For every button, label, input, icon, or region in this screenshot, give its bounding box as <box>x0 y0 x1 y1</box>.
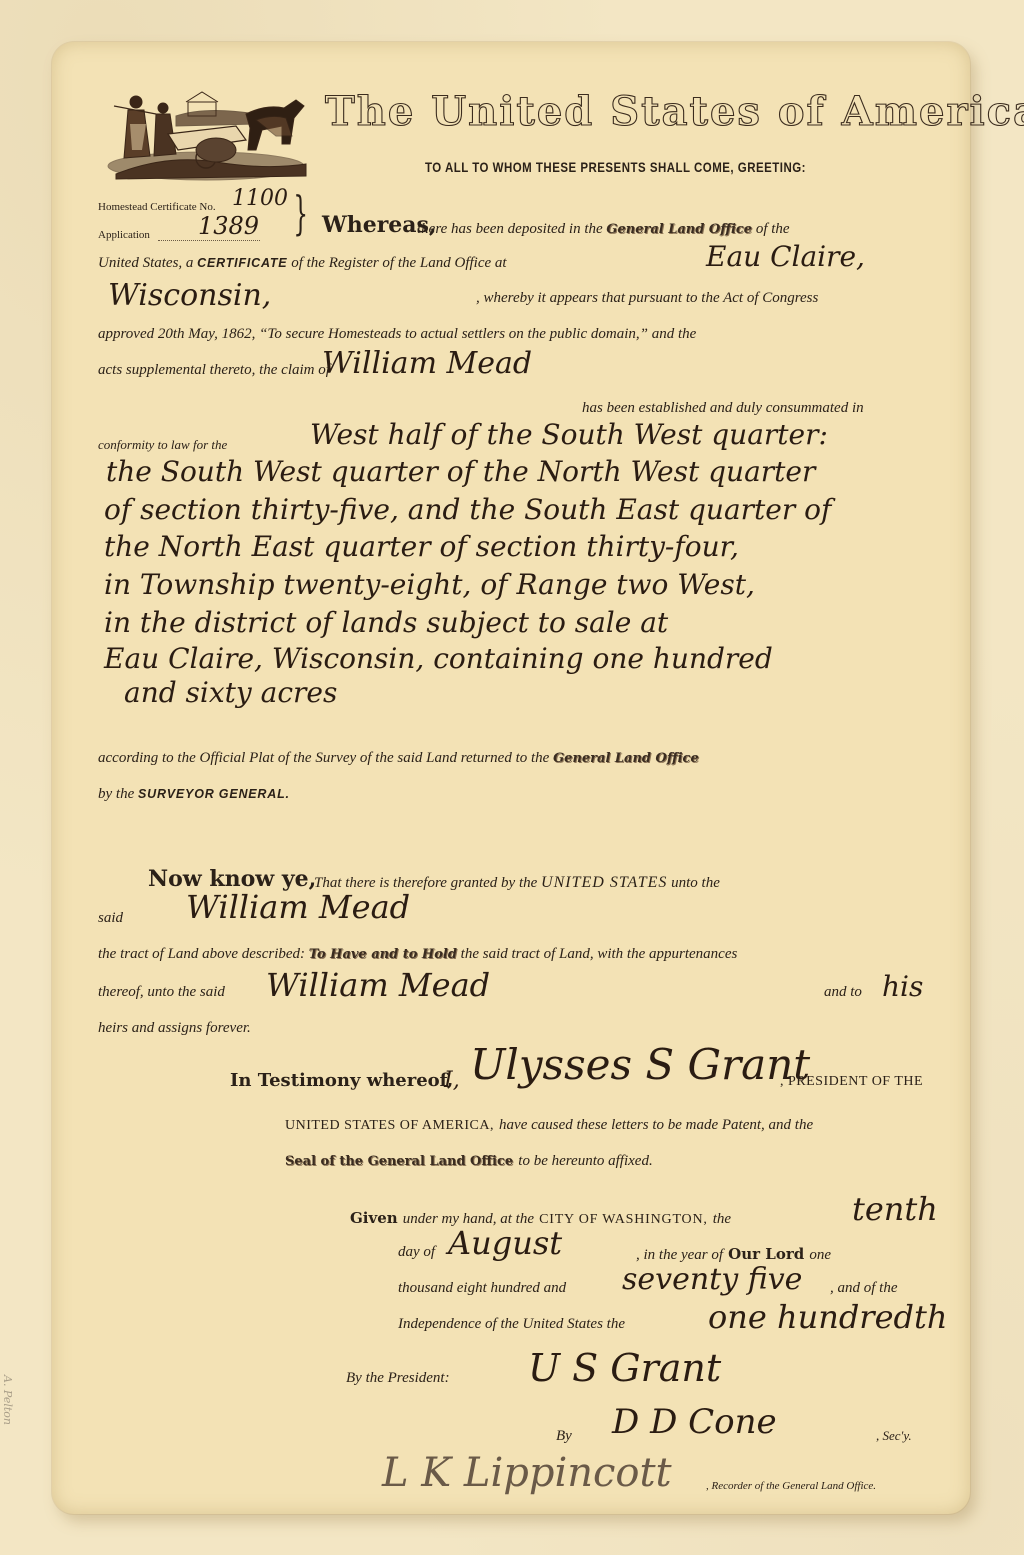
pronoun: his <box>882 970 923 1003</box>
secretary-signature: D D Cone <box>612 1402 777 1442</box>
body-text: , in the year of <box>636 1247 723 1263</box>
secretary-title: , Sec'y. <box>876 1428 912 1444</box>
body-text: of the <box>756 221 790 237</box>
day-value: tenth <box>852 1190 938 1228</box>
given-line-2b: , in the year of Our Lord one <box>636 1244 831 1264</box>
in-testimony-heading: In Testimony whereof, <box>230 1070 453 1091</box>
body-line-2: United States, a CERTIFICATE of the Regi… <box>98 255 507 272</box>
land-description-line-1: West half of the South West quarter: <box>310 418 828 451</box>
to-have-and-to-hold-label: To Have and to Hold <box>309 947 457 962</box>
testimony-line-3: Seal of the General Land Office to be he… <box>285 1150 653 1170</box>
general-land-office-label: General Land Office <box>606 222 752 237</box>
recorder-signature: L K Lippincott <box>382 1450 672 1496</box>
body-line-1: there has been deposited in the General … <box>417 221 790 238</box>
application-dotted-line <box>158 240 260 241</box>
body-text: of the Register of the Land Office at <box>291 255 506 271</box>
body-line-8: according to the Official Plat of the Su… <box>98 750 699 767</box>
body-line-5: acts supplemental thereto, the claim of <box>98 362 330 379</box>
surveyor-general-label: SURVEYOR GENERAL. <box>138 787 290 801</box>
testimony-line-1: , PRESIDENT OF THE <box>780 1074 923 1090</box>
seal-label: Seal of the General Land Office <box>285 1154 513 1169</box>
given-line-3b: , and of the <box>830 1280 898 1297</box>
land-description-line-4: the North East quarter of section thirty… <box>104 530 739 563</box>
united-states-label: UNITED STATES <box>541 874 667 891</box>
testimony-line-2: UNITED STATES OF AMERICA, have caused th… <box>285 1114 813 1134</box>
body-text: the said tract of Land, with the appurte… <box>461 946 738 962</box>
president-signature: U S Grant <box>528 1346 721 1390</box>
by-the-president-label: By the President: <box>346 1370 450 1387</box>
body-line-7: conformity to law for the <box>98 437 227 453</box>
land-office-city: Eau Claire, <box>706 240 865 273</box>
body-text: there has been deposited in the <box>417 221 603 237</box>
body-line-9: by the SURVEYOR GENERAL. <box>98 786 290 803</box>
grant-line-4b: and to <box>824 984 862 1001</box>
given-line-3a: thousand eight hundred and <box>398 1280 566 1297</box>
body-text: United States, a <box>98 255 193 271</box>
land-description-line-3: of section thirty-five, and the South Ea… <box>104 493 831 526</box>
application-number: 1389 <box>198 212 259 240</box>
president-name-signature: Ulysses S Grant <box>470 1040 810 1089</box>
recorder-title: , Recorder of the General Land Office. <box>706 1480 876 1492</box>
body-text: to be hereunto affixed. <box>518 1153 652 1169</box>
certificate-brace: } <box>293 186 308 240</box>
given-heading: Given <box>350 1209 398 1227</box>
claimant-name: William Mead <box>322 346 532 381</box>
body-text: the tract of Land above described: <box>98 946 305 962</box>
grantee-name-2: William Mead <box>266 966 490 1004</box>
land-description-line-6: in the district of lands subject to sale… <box>104 606 668 639</box>
body-text: one <box>809 1247 831 1263</box>
greeting: TO ALL TO WHOM THESE PRESENTS SHALL COME… <box>425 159 806 175</box>
body-text: by the <box>98 786 134 802</box>
certificate-word: CERTIFICATE <box>197 256 287 270</box>
land-description-line-5: in Township twenty-eight, of Range two W… <box>104 568 755 601</box>
given-line-4: Independence of the United States the <box>398 1316 625 1333</box>
i-word: I, <box>444 1068 460 1093</box>
by-label: By <box>556 1428 572 1445</box>
usa-label: UNITED STATES OF AMERICA, <box>285 1118 494 1133</box>
year-value: seventy five <box>622 1262 802 1297</box>
land-description-line-7: Eau Claire, Wisconsin, containing one hu… <box>104 642 773 675</box>
our-lord-label: Our Lord <box>728 1245 804 1263</box>
grant-line-3: the tract of Land above described: To Ha… <box>98 946 737 963</box>
body-line-4: approved 20th May, 1862, “To secure Home… <box>98 326 696 343</box>
grant-line-2: said <box>98 910 123 927</box>
month-value: August <box>448 1224 562 1262</box>
grant-line-5: heirs and assigns forever. <box>98 1020 251 1037</box>
homestead-certificate-number: 1100 <box>232 186 288 211</box>
body-text: have caused these letters to be made Pat… <box>499 1117 813 1133</box>
body-text: according to the Official Plat of the Su… <box>98 750 549 766</box>
grant-line-4: thereof, unto the said <box>98 984 225 1001</box>
body-line-6: has been established and duly consummate… <box>582 400 864 417</box>
independence-year-value: one hundredth <box>708 1298 947 1336</box>
land-office-state: Wisconsin, <box>108 278 271 313</box>
document-title: The United States of America, <box>325 88 965 135</box>
application-label: Application <box>98 229 150 241</box>
body-text: unto the <box>671 875 720 891</box>
grantee-name: William Mead <box>186 888 410 926</box>
margin-note: A. Pelton <box>1 1375 14 1425</box>
land-description-line-2: the South West quarter of the North West… <box>106 455 815 488</box>
given-line-2a: day of <box>398 1244 435 1261</box>
city-of-washington-label: CITY OF WASHINGTON, <box>539 1212 708 1227</box>
general-land-office-label: General Land Office <box>553 751 699 766</box>
farm-harvest-scene-engraving <box>106 84 314 184</box>
body-text: the <box>713 1211 731 1227</box>
land-description-line-8: and sixty acres <box>124 676 337 709</box>
body-line-3: , whereby it appears that pursuant to th… <box>476 290 818 307</box>
